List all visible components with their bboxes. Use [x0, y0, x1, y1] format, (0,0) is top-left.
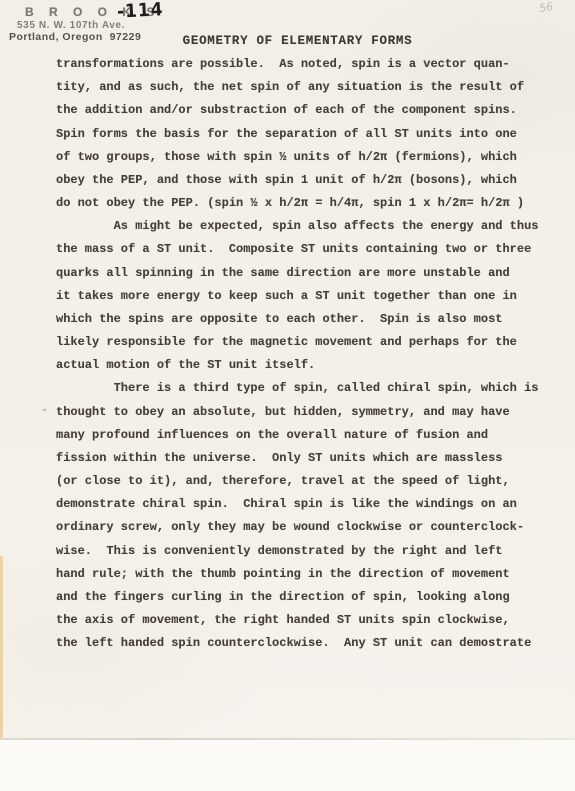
- text-line: do not obey the PEP. (spin ½ x h/2π = h/…: [56, 192, 556, 215]
- text-line: the axis of movement, the right handed S…: [56, 609, 556, 632]
- text-line: thought to obey an absolute, but hidden,…: [56, 401, 556, 424]
- text-line: many profound influences on the overall …: [56, 424, 556, 447]
- text-line: quarks all spinning in the same directio…: [56, 262, 556, 285]
- title-row: GEOMETRY OF ELEMENTARY FORMS: [0, 31, 575, 49]
- text-line: ordinary screw, only they may be wound c…: [56, 516, 556, 539]
- text-line: There is a third type of spin, called ch…: [56, 377, 556, 400]
- document-title: GEOMETRY OF ELEMENTARY FORMS: [163, 34, 413, 48]
- margin-pencil-dash: -: [41, 403, 48, 417]
- paper-bottom-edge: [0, 738, 575, 740]
- text-line: it takes more energy to keep such a ST u…: [56, 285, 556, 308]
- text-line: tity, and as such, the net spin of any s…: [56, 76, 556, 99]
- text-line: (or close to it), and, therefore, travel…: [56, 470, 556, 493]
- text-line: wise. This is conveniently demonstrated …: [56, 540, 556, 563]
- stamp-address-line1: 535 N. W. 107th Ave.: [17, 20, 125, 31]
- text-line: fission within the universe. Only ST uni…: [56, 447, 556, 470]
- text-line: Spin forms the basis for the separation …: [56, 123, 556, 146]
- text-line: the mass of a ST unit. Composite ST unit…: [56, 238, 556, 261]
- handwritten-mark: -114: [116, 0, 164, 23]
- scanned-page: B R O O K S 535 N. W. 107th Ave. Portlan…: [0, 0, 575, 791]
- paper-left-edge-strip: [0, 556, 3, 738]
- document-body: transformations are possible. As noted, …: [56, 53, 556, 655]
- text-line: hand rule; with the thumb pointing in th…: [56, 563, 556, 586]
- text-line: the addition and/or substraction of each…: [56, 99, 556, 122]
- text-line: transformations are possible. As noted, …: [56, 53, 556, 76]
- text-line: obey the PEP, and those with spin 1 unit…: [56, 169, 556, 192]
- text-line: actual motion of the ST unit itself.: [56, 354, 556, 377]
- page-number: 56: [538, 0, 554, 15]
- text-line: which the spins are opposite to each oth…: [56, 308, 556, 331]
- text-line: of two groups, those with spin ½ units o…: [56, 146, 556, 169]
- text-line: As might be expected, spin also affects …: [56, 215, 556, 238]
- text-line: the left handed spin counterclockwise. A…: [56, 632, 556, 655]
- text-line: and the fingers curling in the direction…: [56, 586, 556, 609]
- text-line: likely responsible for the magnetic move…: [56, 331, 556, 354]
- text-line: demonstrate chiral spin. Chiral spin is …: [56, 493, 556, 516]
